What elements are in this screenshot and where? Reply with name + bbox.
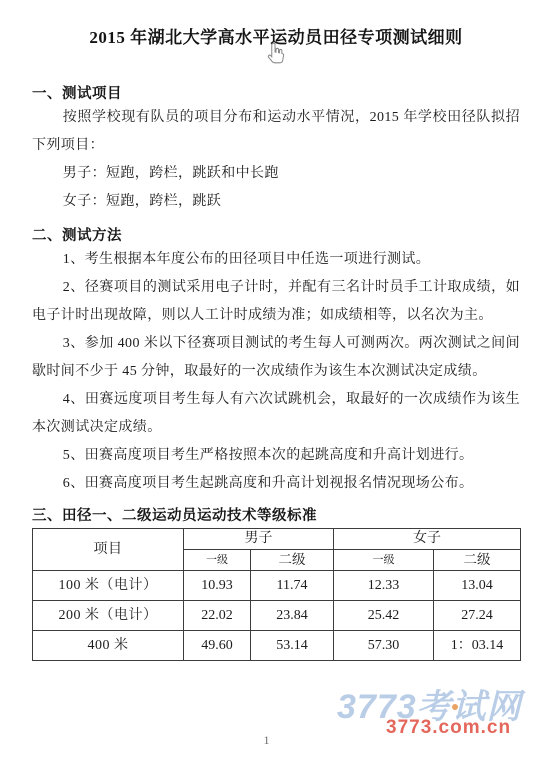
method-item-3: 3、参加 400 米以下径赛项目测试的考生每人可测两次。两次测试之间间歇时间不少… <box>32 330 520 386</box>
table-header-row-groups: 项目 男子 女子 <box>33 529 521 550</box>
page-number: 1 <box>0 733 533 748</box>
method-item-4: 4、田赛远度项目考生每人有六次试跳机会，取最好的一次成绩作为该生本次测试决定成绩… <box>32 386 520 442</box>
header-group-men: 男子 <box>184 529 334 550</box>
watermark-logo-text: 3773考试网 <box>337 679 522 728</box>
header-item-column: 项目 <box>33 529 184 571</box>
hand-pointer-cursor-icon <box>266 42 286 66</box>
header-group-women: 女子 <box>334 529 521 550</box>
method-item-5: 5、田赛高度项目考生严格按照本次的起跳高度和升高计划进行。 <box>32 442 520 470</box>
value-cell: 23.84 <box>251 601 334 631</box>
table-row-400m: 400 米 49.60 53.14 57.30 1：03.14 <box>33 631 521 661</box>
value-cell: 25.42 <box>334 601 434 631</box>
header-women-grade2: 二级 <box>434 550 521 571</box>
watermark-accent-dot <box>452 704 458 710</box>
document-content: 2015 年湖北大学高水平运动员田径专项测试细则 一、测试项目 按照学校现有队员… <box>0 0 533 661</box>
value-cell: 1：03.14 <box>434 631 521 661</box>
grade-standards-table: 项目 男子 女子 一级 二级 一级 二级 100 米（电计） 10.93 11.… <box>32 528 521 661</box>
method-item-6: 6、田赛高度项目考生起跳高度和升高计划视报名情况现场公布。 <box>32 470 520 498</box>
document-page: 2015 年湖北大学高水平运动员田径专项测试细则 一、测试项目 按照学校现有队员… <box>0 0 533 764</box>
method-item-1: 1、考生根据本年度公布的田径项目中任选一项进行测试。 <box>32 246 520 274</box>
header-women-grade1: 一级 <box>334 550 434 571</box>
value-cell: 49.60 <box>184 631 251 661</box>
value-cell: 10.93 <box>184 571 251 601</box>
event-label: 200 米（电计） <box>33 601 184 631</box>
header-men-grade1: 一级 <box>184 550 251 571</box>
value-cell: 13.04 <box>434 571 521 601</box>
table-row-100m: 100 米（电计） 10.93 11.74 12.33 13.04 <box>33 571 521 601</box>
value-cell: 57.30 <box>334 631 434 661</box>
section-3-heading: 三、田径一、二级运动员运动技术等级标准 <box>32 506 520 526</box>
section-1-heading: 一、测试项目 <box>32 84 520 104</box>
event-label: 400 米 <box>33 631 184 661</box>
event-label: 100 米（电计） <box>33 571 184 601</box>
header-men-grade2: 二级 <box>251 550 334 571</box>
value-cell: 27.24 <box>434 601 521 631</box>
men-events-line: 男子：短跑，跨栏，跳跃和中长跑 <box>32 160 520 188</box>
table-row-200m: 200 米（电计） 22.02 23.84 25.42 27.24 <box>33 601 521 631</box>
women-events-line: 女子：短跑，跨栏，跳跃 <box>32 188 520 216</box>
section-2-heading: 二、测试方法 <box>32 226 520 246</box>
section-1-intro: 按照学校现有队员的项目分布和运动水平情况，2015 年学校田径队拟招下列项目： <box>32 104 520 160</box>
method-item-2: 2、径赛项目的测试采用电子计时，并配有三名计时员手工计取成绩，如电子计时出现故障… <box>32 274 520 330</box>
value-cell: 22.02 <box>184 601 251 631</box>
value-cell: 53.14 <box>251 631 334 661</box>
value-cell: 12.33 <box>334 571 434 601</box>
value-cell: 11.74 <box>251 571 334 601</box>
